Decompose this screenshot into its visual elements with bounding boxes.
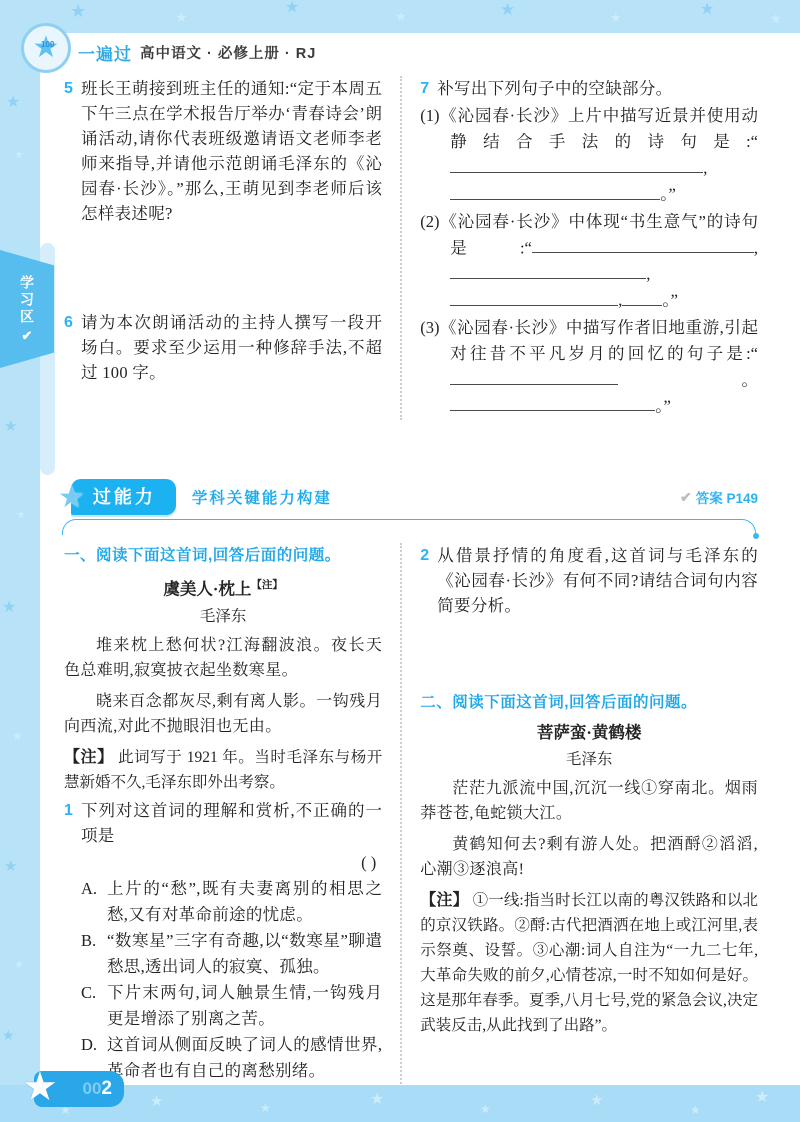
option-d-text: 这首词从侧面反映了词人的感情世界,革命者也有自己的离愁别绪。 (107, 1032, 382, 1084)
answer-blank (450, 393, 655, 411)
poem1-title: 虞美人·枕上【注】 (64, 572, 382, 603)
answer-space (64, 228, 382, 310)
bottom-left-column: 一、阅读下面这首词,回答后面的问题。 虞美人·枕上【注】 毛泽东 堆来枕上愁何状… (64, 543, 382, 1084)
page-header: 一遍过 高中语文 · 必修上册 · RJ (78, 40, 316, 65)
question-5-number: 5 (64, 76, 81, 226)
poem2-note: 【注】 ①一线:指当时长江以南的粤汉铁路和以北的京汉铁路。②酹:古代把酒洒在地上… (420, 888, 758, 1038)
star-decoration: ★ (4, 860, 17, 875)
option-c-text: 下片末两句,词人触景生情,一钩残月更是增添了别离之苦。 (107, 980, 382, 1032)
answer-blank (450, 155, 703, 173)
ability-badge: 过能力 (71, 479, 176, 515)
star-decoration: ★ (12, 730, 23, 742)
poem1-note-mark: 【注】 (251, 580, 283, 591)
answer-blank (450, 181, 660, 199)
ability-subtitle: 学科关键能力构建 (192, 486, 332, 508)
poem2-title: 菩萨蛮·黄鹤楼 (420, 719, 758, 746)
poem2-stanza-1: 茫茫九派流中国,沉沉一线①穿南北。烟雨莽苍苍,龟蛇锁大江。 (420, 776, 758, 826)
part2-heading: 二、阅读下面这首词,回答后面的问题。 (420, 690, 758, 716)
answer-space (420, 620, 758, 690)
question-7-item-1: (1)《沁园春·长沙》上片中描写近景并使用动静结合手法的诗句是:“,。” (420, 103, 758, 208)
poem1-title-text: 虞美人·枕上 (163, 580, 251, 599)
column-divider (400, 543, 404, 1084)
question-6: 6 请为本次朗诵活动的主持人撰写一段开场白。要求至少运用一种修辞手法,不超过 1… (64, 310, 382, 385)
option-a-text: 上片的“愁”,既有夫妻离别的相思之愁,又有对革命前途的忧虑。 (107, 876, 382, 928)
checkmark-icon: ✔ (22, 328, 33, 344)
exercise-block-top: 5 班长王萌接到班主任的通知:“定于本周五下午三点在学术报告厅举办‘青春诗会’朗… (64, 76, 758, 420)
brand-logo-text: 一遍过 (78, 40, 132, 65)
option-b: B. “数寒星”三字有奇趣,以“数寒星”聊遣愁思,透出词人的寂寞、孤独。 (64, 928, 382, 980)
question-7-number: 7 (420, 76, 437, 101)
question-1: 1 下列对这首词的理解和赏析,不正确的一项是 (64, 798, 382, 848)
star-decoration: ★ (4, 420, 17, 435)
option-b-text: “数寒星”三字有奇趣,以“数寒星”聊遣愁思,透出词人的寂寞、孤独。 (107, 928, 382, 980)
option-a: A. 上片的“愁”,既有夫妻离别的相思之愁,又有对革命前途的忧虑。 (64, 876, 382, 928)
question-2: 2 从借景抒情的角度看,这首词与毛泽东的《沁园春·长沙》有何不同?请结合词句内容… (420, 543, 758, 618)
question-6-number: 6 (64, 310, 81, 385)
star-decoration: ★ (6, 95, 20, 111)
workbook-page: ★★★★★★★★★★★★★★★★★★★★★★★★★ ★ 100 一遍过 高中语文… (0, 0, 800, 1122)
star-decoration: ★ (285, 0, 299, 16)
option-c: C. 下片末两句,词人触景生情,一钩残月更是增添了别离之苦。 (64, 980, 382, 1032)
page-number-prefix: 00 (83, 1079, 102, 1098)
star-decoration: ★ (700, 2, 714, 18)
question-7-text: 补写出下列句子中的空缺部分。 (437, 76, 758, 101)
question-5-text: 班长王萌接到班主任的通知:“定于本周五下午三点在学术报告厅举办‘青春诗会’朗诵活… (81, 76, 382, 226)
answer-blank (532, 235, 754, 253)
question-2-text: 从借景抒情的角度看,这首词与毛泽东的《沁园春·长沙》有何不同?请结合词句内容简要… (437, 543, 758, 618)
star-decoration: ★ (14, 960, 24, 971)
answer-blank (450, 261, 646, 279)
poem1-note: 【注】 此词写于 1921 年。当时毛泽东与杨开慧新婚不久,毛泽东即外出考察。 (64, 745, 382, 795)
note-label: 【注】 (420, 892, 468, 909)
star-decoration: ★ (500, 1, 515, 18)
column-divider (400, 76, 404, 420)
top-left-column: 5 班长王萌接到班主任的通知:“定于本周五下午三点在学术报告厅举办‘青春诗会’朗… (64, 76, 382, 420)
page-number-badge: ★ 002 (34, 1071, 124, 1107)
question-7: 7 补写出下列句子中的空缺部分。 (420, 76, 758, 101)
part1-heading: 一、阅读下面这首词,回答后面的问题。 (64, 543, 382, 569)
poem2-author: 毛泽东 (420, 746, 758, 773)
page-number: 002 (83, 1078, 113, 1100)
mascot-logo: ★ 100 (21, 23, 71, 73)
mascot-star-icon: ★ (22, 1063, 58, 1110)
sidebar-tab-study-zone: 学习区 ✔ (0, 250, 54, 368)
star-decoration: ★ (2, 1030, 15, 1044)
question-1-number: 1 (64, 798, 81, 848)
question-2-number: 2 (420, 543, 437, 618)
answer-reference: ✔ 答案 P149 (680, 487, 758, 507)
option-b-label: B. (81, 928, 107, 980)
star-decoration: ★ (70, 2, 86, 20)
exercise-block-ability: 一、阅读下面这首词,回答后面的问题。 虞美人·枕上【注】 毛泽东 堆来枕上愁何状… (64, 543, 758, 1084)
mascot-100-label: 100 (41, 40, 54, 49)
star-decoration: ★ (2, 600, 16, 616)
bottom-right-column: 2 从借景抒情的角度看,这首词与毛泽东的《沁园春·长沙》有何不同?请结合词句内容… (420, 543, 758, 1084)
option-a-label: A. (81, 876, 107, 928)
top-right-column: 7 补写出下列句子中的空缺部分。 (1)《沁园春·长沙》上片中描写近景并使用动静… (420, 76, 758, 420)
note-text: ①一线:指当时长江以南的粤汉铁路和以北的京汉铁路。②酹:古代把酒洒在地上或江河里… (420, 892, 758, 1034)
star-decoration: ★ (16, 510, 26, 521)
poem1-author: 毛泽东 (64, 603, 382, 630)
question-7-item-2: (2)《沁园春·长沙》中体现“书生意气”的诗句是:“,,,。” (420, 209, 758, 314)
answer-page-label: 答案 P149 (696, 487, 758, 507)
answer-parentheses: ( ) (64, 850, 382, 876)
star-decoration: ★ (770, 12, 782, 25)
mascot-star-icon: ★ (58, 480, 85, 515)
checkmark-icon: ✔ (680, 489, 692, 506)
book-title: 高中语文 · 必修上册 · RJ (140, 42, 316, 63)
question-5: 5 班长王萌接到班主任的通知:“定于本周五下午三点在学术报告厅举办‘青春诗会’朗… (64, 76, 382, 226)
section-border (62, 519, 756, 535)
star-decoration: ★ (175, 12, 188, 26)
ability-section-banner: ★ 过能力 学科关键能力构建 ✔ 答案 P149 (58, 478, 758, 516)
star-decoration: ★ (610, 11, 622, 24)
poem1-stanza-1: 堆来枕上愁何状?江海翻波浪。夜长天色总难明,寂寞披衣起坐数寒星。 (64, 633, 382, 683)
poem1-stanza-2: 晓来百念都灰尽,剩有离人影。一钩残月向西流,对此不抛眼泪也无由。 (64, 689, 382, 739)
star-decoration: ★ (395, 10, 407, 23)
note-label: 【注】 (64, 749, 114, 766)
star-decoration: ★ (14, 150, 24, 161)
page-number-value: 2 (101, 1078, 112, 1099)
option-c-label: C. (81, 980, 107, 1032)
question-6-text: 请为本次朗诵活动的主持人撰写一段开场白。要求至少运用一种修辞手法,不超过 100… (81, 310, 382, 385)
question-7-item-3: (3)《沁园春·长沙》中描写作者旧地重游,引起对往昔不平凡岁月的回忆的句子是:“… (420, 315, 758, 420)
sidebar-tab-label: 学习区 (17, 275, 37, 326)
answer-blank (450, 287, 618, 305)
answer-blank (622, 287, 662, 305)
answer-blank (450, 367, 618, 385)
question-1-text: 下列对这首词的理解和赏析,不正确的一项是 (81, 798, 382, 848)
poem2-stanza-2: 黄鹤知何去?剩有游人处。把酒酹②滔滔,心潮③逐浪高! (420, 832, 758, 882)
